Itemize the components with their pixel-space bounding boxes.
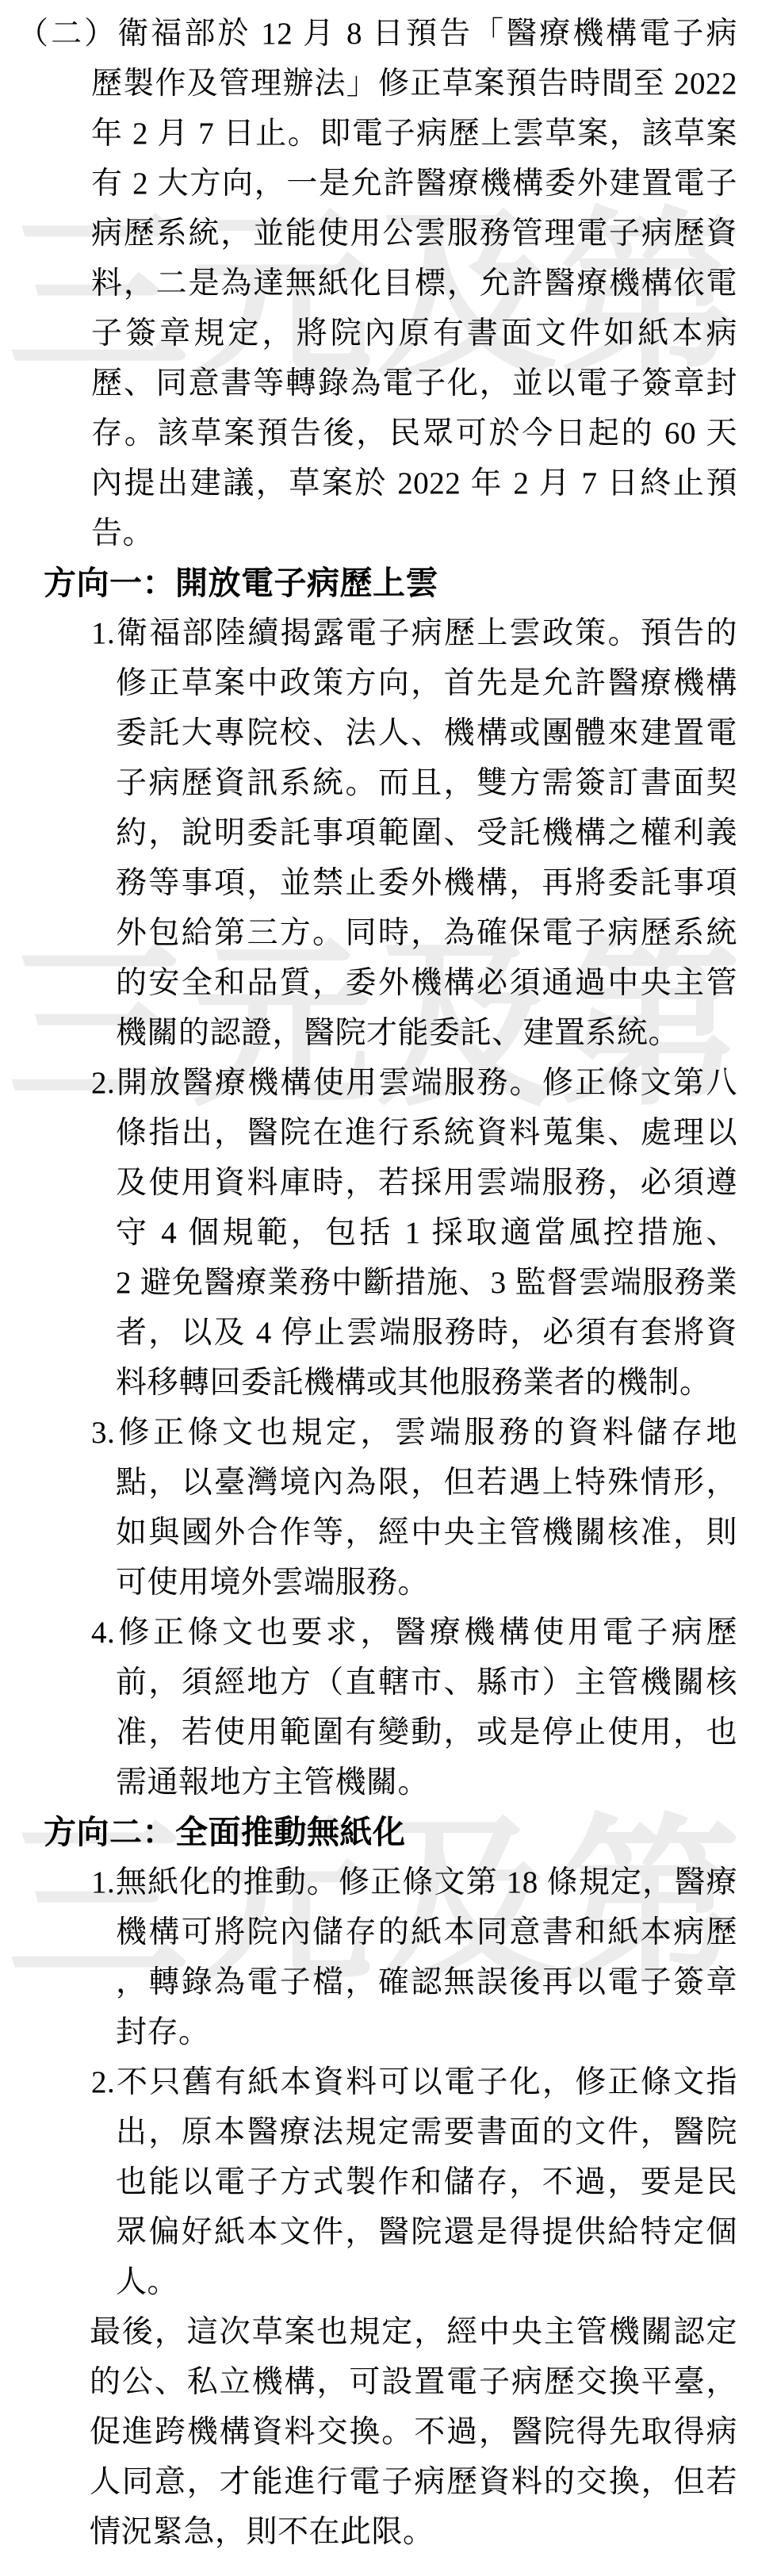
list-item-marker: 4. [91,1616,115,1650]
list-item-line: 4.修正條文也要求，醫療機構使用電子病歷 [0,1608,737,1658]
list-item-line: 人。 [0,2257,777,2307]
list-item-line: 出，原本醫療法規定需要書面的文件，醫院 [0,2107,737,2157]
list-item-line: 條指出，醫院在進行系統資料蒐集、處理以 [0,1108,737,1158]
intro-paragraph-line: （二）衛福部於 12 月 8 日預告「醫療機構電子病 [0,9,737,59]
list-item-line: 及使用資料庫時，若採用雲端服務，必須遵 [0,1158,737,1208]
list-item-marker: 3. [91,1416,115,1450]
list-item-line: 機關的認證，醫院才能委託、建置系統。 [0,1008,777,1058]
closing-paragraph-line: 最後，這次草案也規定，經中央主管機關認定 [0,2307,737,2357]
closing-paragraph-line: 人同意，才能進行電子病歷資料的交換，但若 [0,2457,737,2507]
intro-paragraph-line: 料，二是為達無紙化目標，允許醫療機構依電 [0,259,737,309]
list-item-line: ，轉錄為電子檔，確認無誤後再以電子簽章 [0,1957,737,2007]
list-item-line: 1.衛福部陸續揭露電子病歷上雲政策。預告的 [0,608,737,658]
list-item-line: 准，若使用範圍有變動，或是停止使用，也 [0,1708,737,1758]
list-item-line: 可使用境外雲端服務。 [0,1558,777,1608]
list-item-line: 守 4 個規範，包括 1 採取適當風控措施、 [0,1208,737,1258]
paragraph-marker: （二） [17,17,117,51]
list-item-line: 2 避免醫療業務中斷措施、3 監督雲端服務業 [0,1258,737,1308]
intro-paragraph-line: 歷製作及管理辦法」修正草案預告時間至 2022 [0,59,737,109]
list-item-marker: 2. [91,1066,115,1100]
list-item-line: 2.不只舊有紙本資料可以電子化，修正條文指 [0,2057,737,2107]
section-heading: 方向二：全面推動無紙化 [0,1807,777,1857]
closing-paragraph-line: 情況緊急，則不在此限。 [0,2507,777,2557]
list-item-line: 如與國外合作等，經中央主管機關核准，則 [0,1508,737,1558]
list-item-line: 外包給第三方。同時，為確保電子病歷系統 [0,908,737,958]
list-item-line: 也能以電子方式製作和儲存，不過，要是民 [0,2157,737,2207]
closing-paragraph-line: 促進跨機構資料交換。不過，醫院得先取得病 [0,2407,737,2457]
list-item-line: 2.開放醫療機構使用雲端服務。修正條文第八 [0,1058,737,1108]
list-item-marker: 1. [91,1865,115,1899]
list-item-line: 約，說明委託事項範圍、受託機構之權利義 [0,808,737,858]
list-item-line: 修正草案中政策方向，首先是允許醫療機構 [0,658,737,708]
intro-paragraph-line: 子簽章規定，將院內原有書面文件如紙本病 [0,309,737,358]
document-content: （二）衛福部於 12 月 8 日預告「醫療機構電子病歷製作及管理辦法」修正草案預… [0,0,777,2557]
list-item-line: 委託大專院校、法人、機構或團體來建置電 [0,708,737,758]
list-item-line: 需通報地方主管機關。 [0,1758,777,1807]
list-item-line: 3.修正條文也規定，雲端服務的資料儲存地 [0,1408,737,1458]
list-item-line: 封存。 [0,2007,777,2057]
list-item-line: 機構可將院內儲存的紙本同意書和紙本病歷 [0,1907,737,1957]
list-item-line: 者，以及 4 停止雲端服務時，必須有套將資 [0,1308,737,1358]
intro-paragraph-line: 內提出建議，草案於 2022 年 2 月 7 日終止預 [0,458,737,508]
list-item-line: 務等事項，並禁止委外機構，再將委託事項 [0,858,737,908]
list-item-line: 點，以臺灣境內為限，但若遇上特殊情形， [0,1458,737,1508]
intro-paragraph-line: 歷、同意書等轉錄為電子化，並以電子簽章封 [0,358,737,408]
list-item-marker: 2. [91,2065,115,2099]
section-heading: 方向一：開放電子病歷上雲 [0,558,777,608]
list-item-line: 的安全和品質，委外機構必須通過中央主管 [0,958,737,1008]
intro-paragraph-line: 有 2 大方向，一是允許醫療機構委外建置電子 [0,159,737,209]
list-item-marker: 1. [91,616,115,650]
list-item-line: 料移轉回委託機構或其他服務業者的機制。 [0,1358,777,1408]
intro-paragraph-line: 病歷系統，並能使用公雲服務管理電子病歷資 [0,209,737,259]
closing-paragraph-line: 的公、私立機構，可設置電子病歷交換平臺， [0,2357,737,2407]
list-item-line: 子病歷資訊系統。而且，雙方需簽訂書面契 [0,758,737,808]
intro-paragraph-line: 年 2 月 7 日止。即電子病歷上雲草案，該草案 [0,109,737,159]
intro-paragraph-line: 存。該草案預告後，民眾可於今日起的 60 天 [0,408,737,458]
list-item-line: 眾偏好紙本文件，醫院還是得提供給特定個 [0,2207,737,2257]
list-item-line: 1.無紙化的推動。修正條文第 18 條規定，醫療 [0,1857,737,1907]
intro-paragraph-line: 告。 [0,508,777,558]
list-item-line: 前，須經地方（直轄市、縣市）主管機關核 [0,1658,737,1708]
